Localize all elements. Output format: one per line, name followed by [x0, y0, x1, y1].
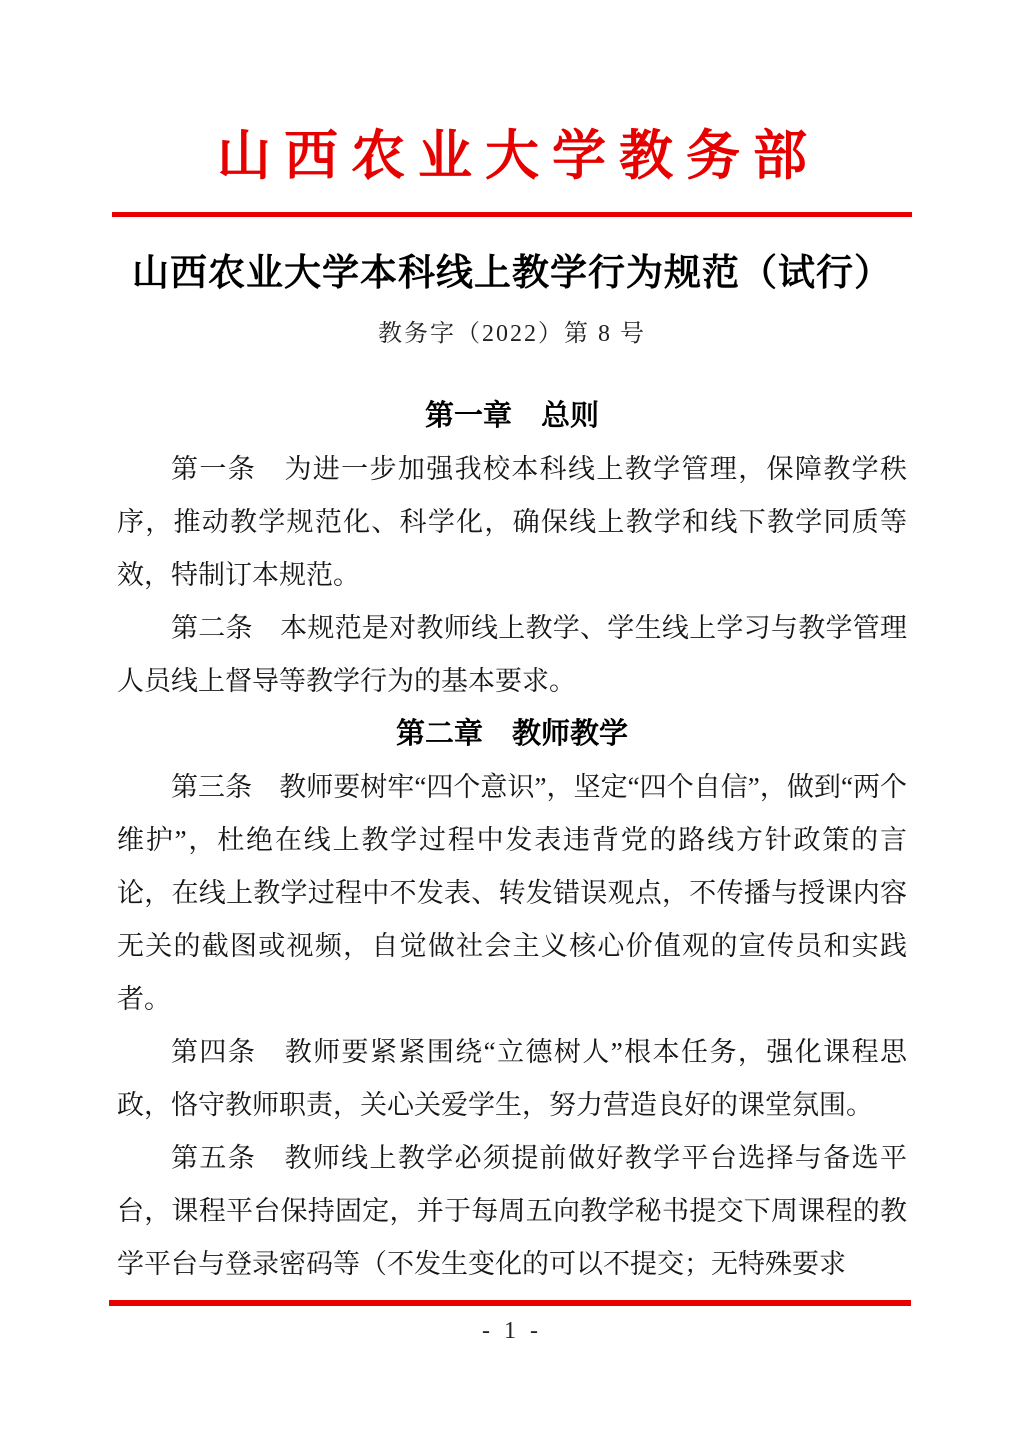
document-body: 第一章 总则 第一条 为进一步加强我校本科线上教学管理，保障教学秩序，推动教学规… — [117, 390, 907, 1291]
footer-rule — [109, 1300, 911, 1306]
paragraph-article-4: 第四条 教师要紧紧围绕“立德树人”根本任务，强化课程思政，恪守教师职责，关心关爱… — [117, 1026, 907, 1132]
letterhead-org-title: 山西农业大学教务部 — [0, 0, 1024, 186]
paragraph-article-2: 第二条 本规范是对教师线上教学、学生线上学习与教学管理人员线上督导等教学行为的基… — [117, 602, 907, 708]
chapter-heading-1: 第一章 总则 — [117, 390, 907, 443]
chapter-heading-2: 第二章 教师教学 — [117, 708, 907, 761]
letterhead-rule — [112, 212, 912, 217]
page-number: - 1 - — [0, 1316, 1024, 1346]
document-page: 山西农业大学教务部 山西农业大学本科线上教学行为规范（试行） 教务字（2022）… — [0, 0, 1024, 1448]
paragraph-article-3: 第三条 教师要树牢“四个意识”，坚定“四个自信”，做到“两个维护”，杜绝在线上教… — [117, 761, 907, 1026]
paragraph-article-5: 第五条 教师线上教学必须提前做好教学平台选择与备选平台，课程平台保持固定，并于每… — [117, 1132, 907, 1291]
document-number: 教务字（2022）第 8 号 — [0, 320, 1024, 348]
paragraph-article-1: 第一条 为进一步加强我校本科线上教学管理，保障教学秩序，推动教学规范化、科学化，… — [117, 443, 907, 602]
document-title: 山西农业大学本科线上教学行为规范（试行） — [0, 253, 1024, 295]
